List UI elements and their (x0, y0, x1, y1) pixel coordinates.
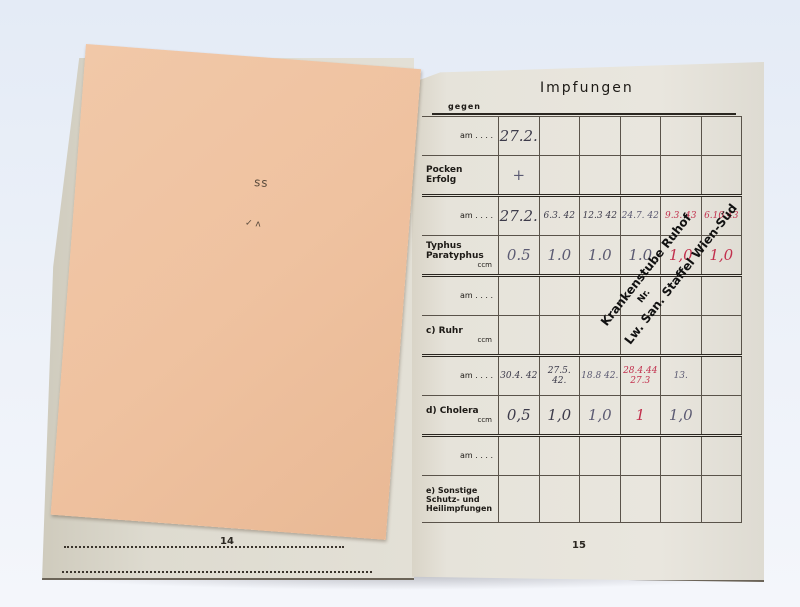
vaccination-table: am . . . . 27.2. PockenErfolg + am . . .… (422, 116, 742, 523)
cell-text: ccm (422, 261, 498, 269)
right-page: Impfungen gegen am . . . . 27.2. PockenE… (412, 62, 764, 582)
table-cell: d) Choleraccm (422, 396, 499, 436)
dotted-line (62, 571, 372, 573)
page-number-left: 14 (220, 536, 234, 547)
cell-text: 1,0 (547, 406, 571, 424)
table-cell (661, 117, 702, 156)
cell-text: 1.0 (588, 246, 612, 264)
cell-text: Erfolg (422, 175, 498, 185)
table-cell: 18.8 42. (580, 356, 621, 396)
result-cell: + (512, 166, 525, 184)
cell-text: 0.5 (507, 246, 531, 264)
cell-text: d) Cholera (422, 406, 498, 416)
table-cell: 1.0 (580, 236, 621, 276)
cell-text: c) Ruhr (422, 326, 498, 336)
cell-text: 12.3 42 (583, 211, 617, 221)
cell-text: 1,0 (669, 406, 693, 424)
cell-text: 1,0 (709, 246, 733, 264)
table-cell: 1,0 (580, 396, 621, 436)
table-cell (539, 436, 580, 476)
cell-text: e) Sonstige Schutz- und Heilimpfungen (422, 486, 498, 513)
table-cell: + (499, 156, 540, 196)
table-cell (580, 476, 621, 523)
dotted-line (64, 546, 344, 548)
cell-text: 13. (674, 371, 688, 381)
cell-text: 27.5. 42. (548, 366, 571, 386)
cell-text: am . . . . (422, 451, 493, 460)
overlay-paper-slip: ꜱꜱ ✓ ʌ (51, 44, 421, 540)
date-cell: 27.2. (500, 127, 538, 145)
table-cell: am . . . . (422, 356, 499, 396)
table-row: am . . . . (422, 436, 742, 476)
table-cell (580, 156, 621, 196)
table-row: e) Sonstige Schutz- und Heilimpfungen (422, 476, 742, 523)
cell-text: 28.4.44 27.3 (623, 366, 657, 386)
table-row: c) Ruhrccm (422, 316, 742, 356)
table-row: am . . . . 27.2. (422, 117, 742, 156)
table-cell: 1.0 (539, 236, 580, 276)
table-cell: e) Sonstige Schutz- und Heilimpfungen (422, 476, 499, 523)
table-cell: am . . . . (422, 436, 499, 476)
table-cell: 27.5. 42. (539, 356, 580, 396)
cell-text: am . . . . (422, 371, 493, 380)
table-cell: 24.7. 42 (620, 196, 661, 236)
cell-text: 30.4. 42 (500, 371, 537, 381)
table-row: am . . . . (422, 276, 742, 316)
slip-mark: ꜱꜱ (254, 175, 270, 190)
cell-text: Typhus Paratyphus (422, 241, 498, 261)
table-cell (620, 476, 661, 523)
table-cell: c) Ruhrccm (422, 316, 499, 356)
slip-mark: ✓ ʌ (245, 218, 261, 229)
table-cell (499, 476, 540, 523)
cell-text: 0,5 (507, 406, 531, 424)
table-cell (580, 436, 621, 476)
table-cell: 28.4.44 27.3 (620, 356, 661, 396)
cell-text: Pocken (422, 165, 498, 175)
cell-text: 27.2. (500, 207, 538, 225)
table-cell (661, 316, 702, 356)
table-cell: 30.4. 42 (499, 356, 540, 396)
table-cell: am . . . . (422, 276, 499, 316)
table-cell (539, 316, 580, 356)
row-label: am . . . . (422, 117, 499, 156)
table-cell: 1,0 (661, 396, 702, 436)
cell-text: ccm (422, 416, 498, 424)
table-cell (499, 276, 540, 316)
cell-text: ccm (422, 336, 498, 344)
table-cell: Typhus Paratyphusccm (422, 236, 499, 276)
column-header: gegen (448, 102, 481, 111)
table-cell (701, 476, 742, 523)
table-cell: 12.3 42 (580, 196, 621, 236)
cell-text: 18.8 42. (581, 371, 618, 381)
cell-text: 24.7. 42 (622, 211, 659, 221)
table-cell (620, 117, 661, 156)
table-cell (661, 156, 702, 196)
table-cell (539, 117, 580, 156)
table-cell (701, 356, 742, 396)
table-row: d) Choleraccm 0,5 1,0 1,0 1 1,0 (422, 396, 742, 436)
table-cell: 0,5 (499, 396, 540, 436)
table-cell (620, 436, 661, 476)
cell-text: am . . . . (422, 211, 493, 220)
table-cell (701, 316, 742, 356)
table-cell: 6.3. 42 (539, 196, 580, 236)
table-cell (661, 476, 702, 523)
table-cell: PockenErfolg (422, 156, 499, 196)
table-cell (539, 156, 580, 196)
table-cell: 1 (620, 396, 661, 436)
cell-text: 1.0 (547, 246, 571, 264)
table-cell: 27.2. (499, 196, 540, 236)
table-cell (701, 276, 742, 316)
table-cell (620, 156, 661, 196)
table-cell: 0.5 (499, 236, 540, 276)
cell-text: 1 (635, 406, 645, 424)
table-cell (701, 117, 742, 156)
table-cell (661, 436, 702, 476)
table-cell (539, 276, 580, 316)
table-row: am . . . . 30.4. 42 27.5. 42. 18.8 42. 2… (422, 356, 742, 396)
header-rule (432, 113, 736, 115)
cell-text: 1,0 (588, 406, 612, 424)
table-cell: 27.2. (499, 117, 540, 156)
table-row: PockenErfolg + (422, 156, 742, 196)
table-cell: am . . . . (422, 196, 499, 236)
cell-text: 6.3. 42 (544, 211, 576, 221)
page-number-right: 15 (572, 540, 586, 551)
page-title: Impfungen (540, 80, 634, 96)
cell-text: am . . . . (422, 291, 493, 300)
table-cell (701, 436, 742, 476)
table-cell: 1,0 (539, 396, 580, 436)
table-cell (701, 396, 742, 436)
table-cell (499, 316, 540, 356)
table-cell (499, 436, 540, 476)
cell-text: am . . . . (422, 131, 493, 140)
table-cell (580, 117, 621, 156)
table-cell: 13. (661, 356, 702, 396)
table-cell (539, 476, 580, 523)
